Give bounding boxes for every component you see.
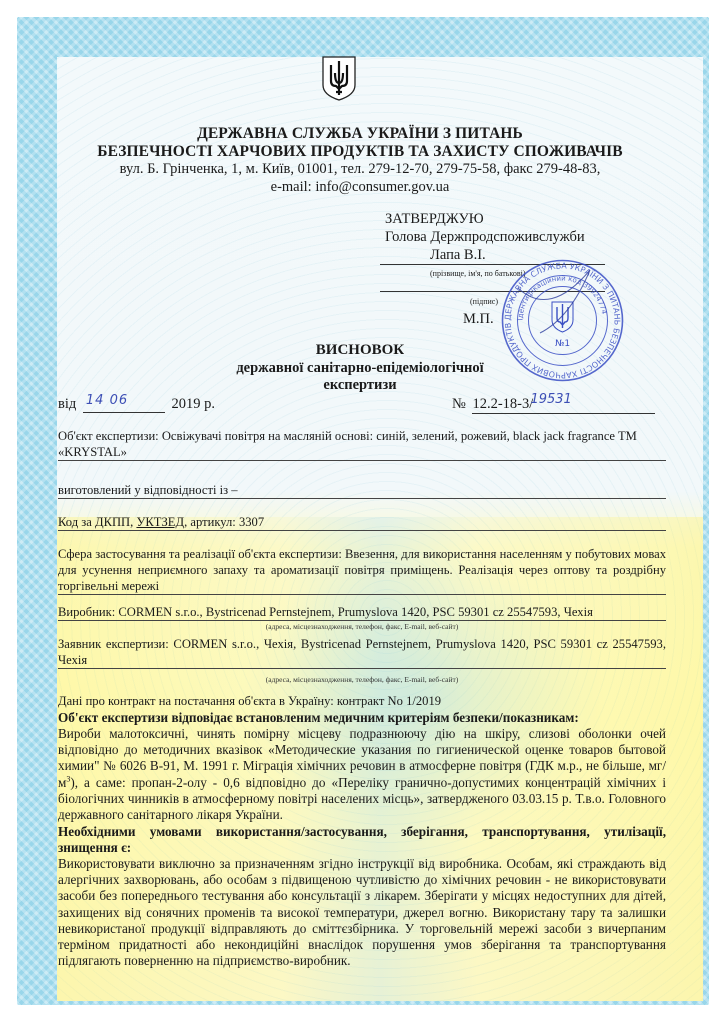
document-content: ДЕРЖАВНА СЛУЖБА УКРАЇНИ З ПИТАНЬ БЕЗПЕЧН… — [0, 0, 725, 1024]
date-suffix: 2019 р. — [172, 396, 216, 412]
producer-field: Виробник: CORMEN s.r.o., Bystricenad Per… — [58, 604, 666, 621]
date-field: 14 06 — [83, 397, 165, 413]
date-prefix: від — [58, 396, 76, 412]
applicant-hint: (адреса, місцезнаходження, телефон, факс… — [58, 675, 666, 684]
object-field: Об'єкт експертизи: Освіжувачі повітря на… — [58, 428, 666, 461]
org-name-line2: БЕЗПЕЧНОСТІ ХАРЧОВИХ ПРОДУКТІВ ТА ЗАХИСТ… — [60, 142, 660, 161]
conditions-heading: Необхідними умовами використання/застосу… — [58, 824, 666, 856]
approval-name: Лапа В.І. — [430, 246, 486, 264]
number-prefix: № — [452, 396, 466, 412]
number-handwritten: 19531 — [530, 392, 571, 407]
org-name-line1: ДЕРЖАВНА СЛУЖБА УКРАЇНИ З ПИТАНЬ — [60, 124, 660, 143]
conditions-text: Використовувати виключно за призначенням… — [58, 856, 666, 969]
issue-date: від 14 06 2019 р. — [58, 396, 215, 413]
scope-field: Сфера застосування та реалізації об'єкта… — [58, 546, 666, 595]
document-number: № 12.2-18-3/19531 — [452, 396, 655, 414]
number-field: 12.2-18-3/19531 — [472, 396, 655, 414]
applicant-field: Заявник експертизи: CORMEN s.r.o., Чехія… — [58, 636, 666, 669]
safety-heading: Об'єкт експертизи відповідає встановлени… — [58, 710, 666, 726]
approval-position: Голова Держпродспоживслужби — [385, 228, 585, 246]
document-subtitle: державної санітарно-епідеміологічної екс… — [200, 360, 520, 394]
org-email: e-mail: info@consumer.gov.ua — [60, 178, 660, 196]
seal-label: М.П. — [463, 310, 494, 328]
document-title: ВИСНОВОК — [200, 342, 520, 359]
approval-label: ЗАТВЕРДЖУЮ — [385, 210, 484, 228]
svg-text:№1: №1 — [555, 339, 570, 349]
signature-hint: (підпис) — [470, 293, 498, 311]
number-printed: 12.2-18-3/ — [472, 396, 533, 412]
contract-field: Дані про контракт на постачання об'єкта … — [58, 693, 666, 709]
handwritten-date: 14 06 — [86, 393, 128, 408]
code-field: Код за ДКПП, УКТЗЕД, артикул: 3307 — [58, 514, 666, 531]
safety-text: Вироби малотоксичні, чинять помірну місц… — [58, 726, 666, 823]
producer-hint: (адреса, місцезнаходження, телефон, факс… — [58, 622, 666, 631]
manufactured-field: виготовлений у відповідності із – — [58, 482, 666, 499]
org-address: вул. Б. Грінченка, 1, м. Київ, 01001, те… — [60, 160, 660, 178]
ukraine-trident-icon — [321, 55, 357, 101]
